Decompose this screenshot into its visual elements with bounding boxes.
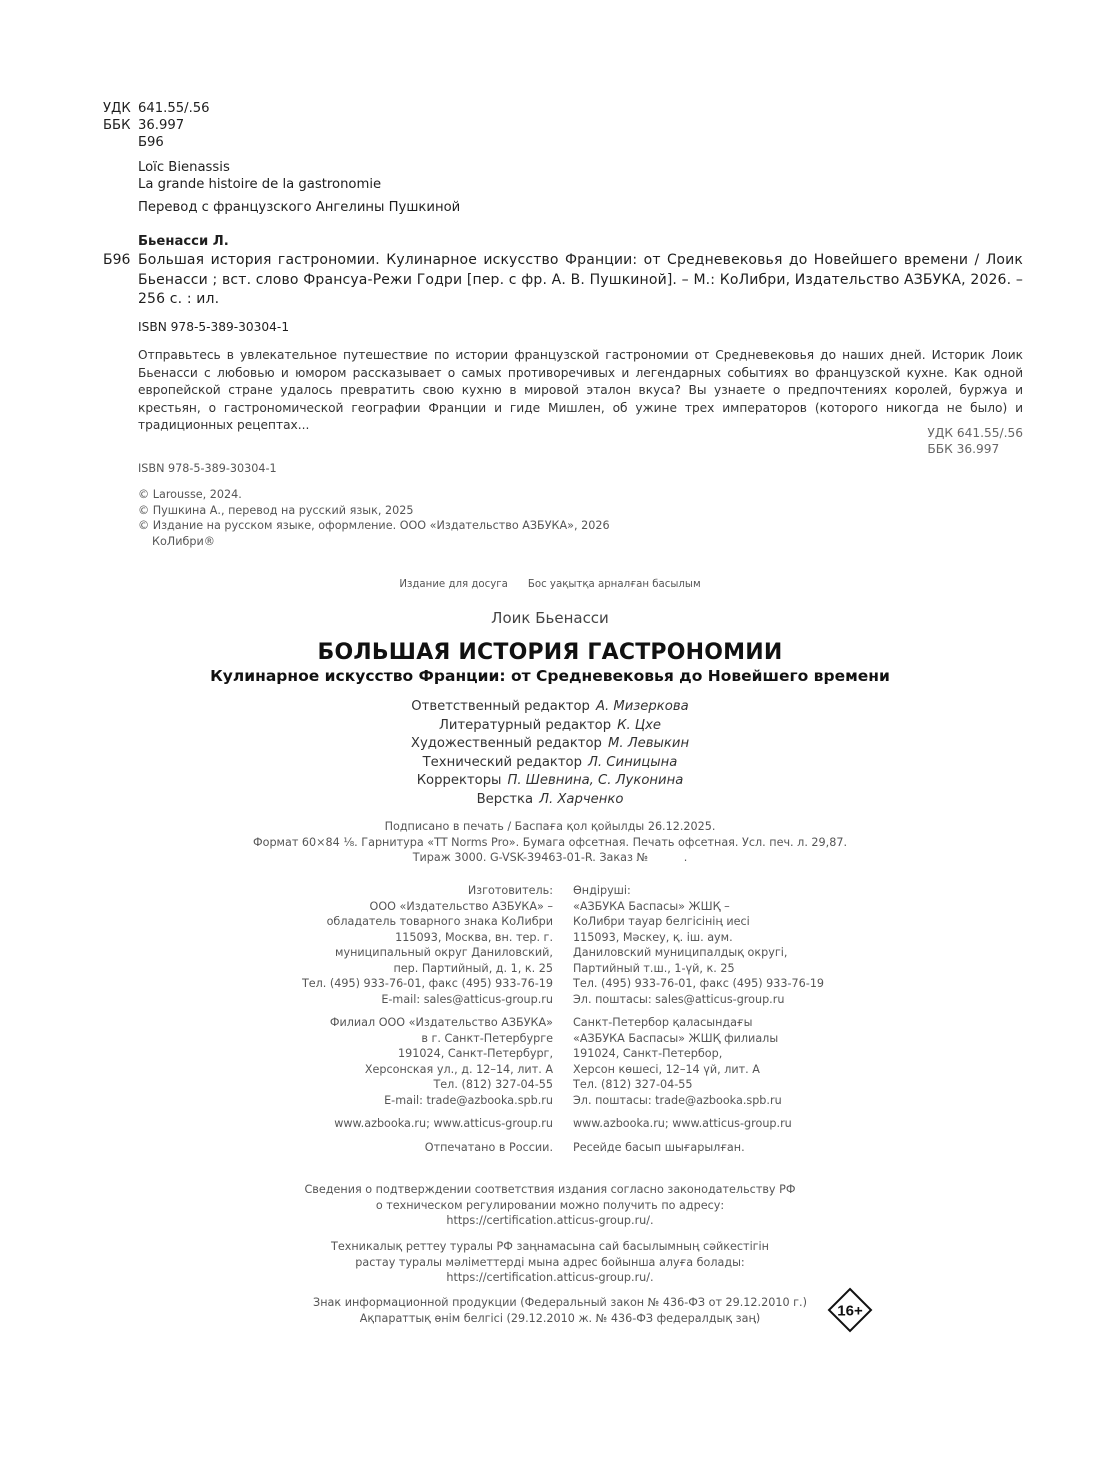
editor-role: Технический редактор (423, 755, 582, 770)
web-ru: www.azbooka.ru; www.atticus-group.ru (200, 1116, 553, 1132)
manufacturer-ru: Изготовитель: ООО «Издательство АЗБУКА» … (200, 883, 553, 1007)
editor-row: Технический редакторЛ. Синицына (0, 754, 1100, 773)
bibliography-heading: Бьенасси Л. (138, 233, 229, 250)
editor-row: Ответственный редакторА. Мизеркова (0, 698, 1100, 717)
editor-role: Верстка (477, 792, 534, 807)
age-rating-text: Знак информационной продукции (Федеральн… (300, 1295, 820, 1326)
editor-name: Л. Харченко (539, 792, 623, 807)
diamond-icon: 16+ (827, 1287, 873, 1333)
original-title: La grande histoire de la gastronomie (138, 176, 381, 193)
original-author: Loïc Bienassis (138, 159, 230, 176)
editor-role: Художественный редактор (411, 736, 602, 751)
certification-ru: Сведения о подтверждении соответствия из… (0, 1182, 1100, 1229)
colophon-author: Лоик Бьенасси (0, 609, 1100, 627)
print-info: Подписано в печать / Баспаға қол қойылды… (0, 819, 1100, 866)
editor-name: П. Шевнина, С. Луконина (507, 773, 683, 788)
leisure-ru: Издание для досуга (399, 579, 508, 590)
certification-kz: Техникалық реттеу туралы РФ заңнамасына … (0, 1239, 1100, 1286)
editor-row: КорректорыП. Шевнина, С. Луконина (0, 772, 1100, 791)
copyrights: © Larousse, 2024. © Пушкина А., перевод … (138, 487, 610, 549)
print-run: Тираж 3000. G-VSK-39463-01-R. Заказ № . (0, 850, 1100, 866)
bbk-label: ББК (103, 117, 138, 134)
printed-ru: Отпечатано в России. (200, 1140, 553, 1156)
copyright-line: © Larousse, 2024. (138, 487, 610, 503)
age-rating-kz: Ақпараттық өнім белгісі (29.12.2010 ж. №… (300, 1311, 820, 1327)
leisure-kz: Бос уақытқа арналған басылым (528, 579, 701, 590)
editor-row: Литературный редакторК. Цхе (0, 717, 1100, 736)
annotation: Отправьтесь в увлекательное путешествие … (138, 347, 1023, 435)
colophon-subtitle: Кулинарное искусство Франции: от Среднев… (0, 667, 1100, 685)
bbk-value: 36.997 (138, 117, 184, 134)
web-kz: www.azbooka.ru; www.atticus-group.ru (573, 1116, 903, 1132)
copyright-line: © Издание на русском языке, оформление. … (138, 518, 610, 534)
bibliography-mark: Б96 (103, 251, 130, 270)
branch-ru: Филиал ООО «Издательство АЗБУКА» в г. Са… (200, 1015, 553, 1108)
author-mark: Б96 (138, 134, 164, 151)
colophon-title: БОЛЬШАЯ ИСТОРИЯ ГАСТРОНОМИИ (0, 640, 1100, 665)
age-rating-ru: Знак информационной продукции (Федеральн… (300, 1295, 820, 1311)
editors-list: Ответственный редакторА. Мизеркова Литер… (0, 698, 1100, 809)
bibliography-entry: Большая история гастрономии. Кулинарное … (138, 251, 1023, 310)
age-rating-badge: 16+ (827, 1287, 873, 1333)
print-format: Формат 60×84 ⅛. Гарнитура «TT Norms Pro»… (0, 835, 1100, 851)
branch-kz: Санкт-Петербор қаласындағы «АЗБУКА Баспа… (573, 1015, 903, 1108)
udk-label: УДК (103, 100, 138, 117)
printed-kz: Ресейде басып шығарылған. (573, 1140, 903, 1156)
editor-role: Ответственный редактор (411, 699, 590, 714)
editor-name: А. Мизеркова (596, 699, 689, 714)
editor-name: Л. Синицына (588, 755, 677, 770)
publisher-ru: Изготовитель: ООО «Издательство АЗБУКА» … (200, 883, 553, 1163)
annotation-bbk: ББК 36.997 (927, 441, 1023, 457)
imprint-brand: КоЛибри® (138, 534, 610, 550)
editor-row: Художественный редакторМ. Левыкин (0, 735, 1100, 754)
annotation-udk: УДК 641.55/.56 (927, 425, 1023, 441)
manufacturer-kz: Өндіруші: «АЗБУКА Баспасы» ЖШҚ – КоЛибри… (573, 883, 903, 1007)
leisure-label: Издание для досугаБос уақытқа арналған б… (0, 578, 1100, 592)
editor-role: Литературный редактор (439, 718, 611, 733)
udk-value: 641.55/.56 (138, 100, 210, 117)
editor-row: ВерсткаЛ. Харченко (0, 791, 1100, 810)
classification-codes: УДК641.55/.56 ББК36.997 Б96 (103, 100, 210, 151)
isbn: ISBN 978-5-389-30304-1 (138, 319, 289, 335)
editor-role: Корректоры (417, 773, 502, 788)
age-rating-value: 16+ (837, 1303, 863, 1320)
print-signed: Подписано в печать / Баспаға қол қойылды… (0, 819, 1100, 835)
editor-name: М. Левыкин (608, 736, 689, 751)
translation-note: Перевод с французского Ангелины Пушкиной (138, 199, 460, 216)
editor-name: К. Цхе (617, 718, 661, 733)
copyright-line: © Пушкина А., перевод на русский язык, 2… (138, 503, 610, 519)
isbn-footer: ISBN 978-5-389-30304-1 (138, 461, 277, 477)
annotation-codes: УДК 641.55/.56 ББК 36.997 (927, 425, 1023, 457)
publisher-kz: Өндіруші: «АЗБУКА Баспасы» ЖШҚ – КоЛибри… (573, 883, 903, 1163)
